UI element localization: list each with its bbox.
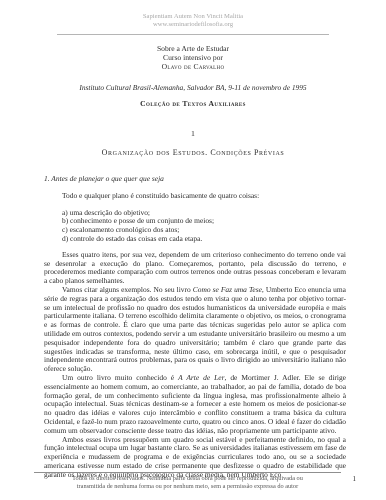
- book-title-como-se-faz-uma-tese: Como se Faz uma Tese: [193, 285, 262, 294]
- header-motto: Sapientiam Autem Non Vincit Malitia: [57, 13, 329, 21]
- page-number: 1: [353, 475, 357, 483]
- list-item: d) controle do estado das coisas em cada…: [62, 235, 346, 244]
- paragraph-text: Esses quatro itens, por sua vez, depende…: [44, 250, 346, 285]
- paragraph-text: , de Mortimer J. Adler. Ele se dirige es…: [44, 373, 346, 435]
- chapter-number: 1: [0, 129, 386, 138]
- author-name: Olavo de Carvalho: [0, 62, 386, 71]
- page-footer: Todos os direitos reservados. Nenhuma pa…: [34, 472, 341, 491]
- document-page: Sapientiam Autem Non Vincit Malitia www.…: [0, 0, 386, 500]
- body-paragraph: Esses quatro itens, por sua vez, depende…: [44, 251, 346, 286]
- paragraph-text: Vamos citar alguns exemplos. No seu livr…: [62, 285, 193, 294]
- page-header: Sapientiam Autem Non Vincit Malitia www.…: [57, 13, 329, 35]
- rights-notice-line: Todos os direitos reservados. Nenhuma pa…: [34, 475, 341, 483]
- body-paragraph: Um outro livro muito conhecido é A Arte …: [44, 374, 346, 436]
- body-paragraph: Vamos citar alguns exemplos. No seu livr…: [44, 286, 346, 374]
- plan-items-list: a) uma descrição do objetivo; b) conheci…: [62, 209, 346, 244]
- collection-title: Coleção de Textos Auxiliares: [0, 99, 386, 108]
- body-content: 1. Antes de planejar o que quer que seja…: [44, 175, 346, 480]
- chapter-title: Organização dos Estudos. Condições Prévi…: [0, 148, 386, 158]
- intro-paragraph: Todo e qualquer plano é constituído basi…: [44, 192, 346, 201]
- section-heading: 1. Antes de planejar o que quer que seja: [44, 175, 346, 184]
- work-title: Sobre a Arte de Estudar: [0, 44, 386, 53]
- work-subtitle: Curso intensivo por: [0, 53, 386, 62]
- event-info: Instituto Cultural Brasil-Alemanha, Salv…: [0, 83, 386, 92]
- title-block: Sobre a Arte de Estudar Curso intensivo …: [0, 44, 386, 71]
- paragraph-text: , Umberto Eco enuncia uma série de regra…: [44, 285, 346, 373]
- rights-notice-line: transmitida de nenhuma forma ou por nenh…: [34, 483, 341, 491]
- header-website: www.seminariodefilosofia.org: [57, 21, 329, 29]
- paragraph-text: Um outro livro muito conhecido é: [62, 373, 178, 382]
- book-title-a-arte-de-ler: A Arte de Ler: [178, 373, 224, 382]
